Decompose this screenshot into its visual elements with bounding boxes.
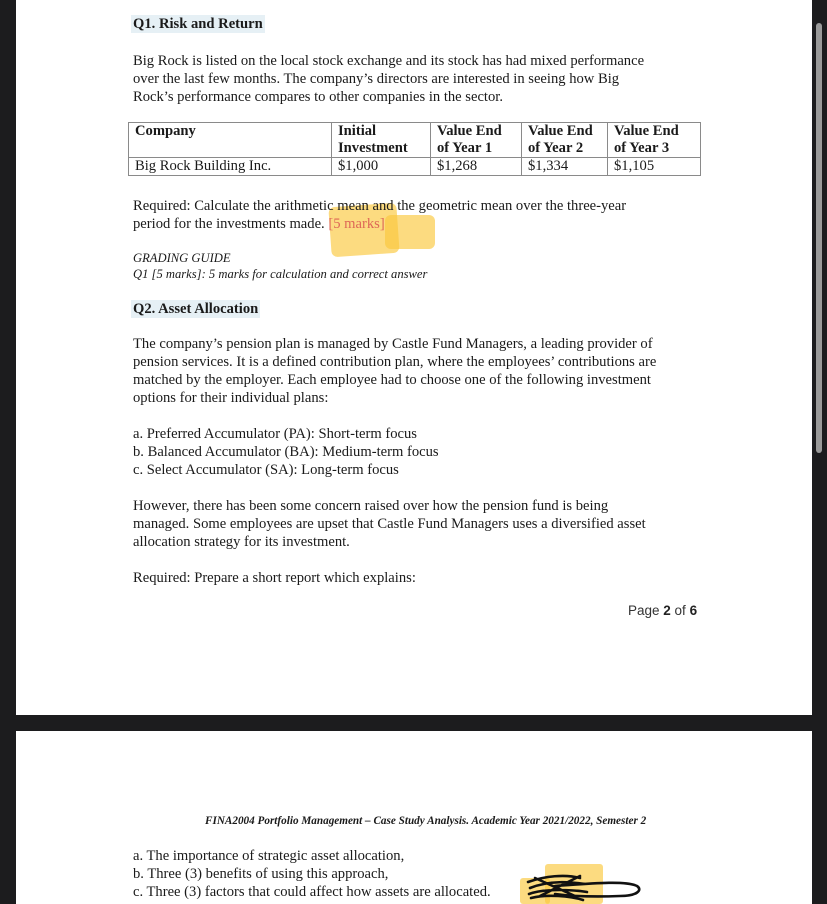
table-row: Big Rock Building Inc. $1,000 $1,268 $1,…	[129, 158, 701, 176]
q2-concern-line: managed. Some employees are upset that C…	[133, 515, 646, 533]
header-initial-investment: InitialInvestment	[332, 123, 431, 158]
q1-intro-line: over the last few months. The company’s …	[133, 70, 644, 88]
q2-intro-line: The company’s pension plan is managed by…	[133, 335, 656, 353]
q2-intro-line: options for their individual plans:	[133, 389, 656, 407]
investment-options-list: a. Preferred Accumulator (PA): Short-ter…	[133, 425, 439, 479]
list-item: b. Three (3) benefits of using this appr…	[133, 865, 491, 883]
grading-guide: GRADING GUIDE Q1 [5 marks]: 5 marks for …	[133, 250, 427, 282]
marks-label: [5 marks]	[328, 216, 384, 232]
q1-intro-line: Big Rock is listed on the local stock ex…	[133, 52, 644, 70]
q1-required-line: Required: Calculate the arithmetic mean …	[133, 197, 626, 215]
page-number: Page 2 of 6	[628, 603, 697, 618]
cell-value-year-1: $1,268	[431, 158, 522, 176]
header-value-year-1: Value Endof Year 1	[431, 123, 522, 158]
header-value-year-3: Value Endof Year 3	[608, 123, 701, 158]
q2-required: Required: Prepare a short report which e…	[133, 569, 416, 587]
q2-concern-line: However, there has been some concern rai…	[133, 497, 646, 515]
list-item: c. Select Accumulator (SA): Long-term fo…	[133, 461, 439, 479]
list-item: a. Preferred Accumulator (PA): Short-ter…	[133, 425, 439, 443]
q2-intro-line: pension services. It is a defined contri…	[133, 353, 656, 371]
header-value-year-2: Value Endof Year 2	[522, 123, 608, 158]
list-item: a. The importance of strategic asset all…	[133, 847, 491, 865]
course-header: FINA2004 Portfolio Management – Case Stu…	[205, 815, 646, 827]
investment-table: Company InitialInvestment Value Endof Ye…	[128, 122, 701, 176]
q1-intro-paragraph: Big Rock is listed on the local stock ex…	[133, 52, 644, 106]
q1-required-line: period for the investments made. [5 mark…	[133, 215, 626, 233]
q2-heading: Q2. Asset Allocation	[131, 300, 260, 318]
scrollbar-thumb[interactable]	[816, 23, 822, 453]
q2-intro-line: matched by the employer. Each employee h…	[133, 371, 656, 389]
report-items-list: a. The importance of strategic asset all…	[133, 847, 491, 901]
cell-value-year-2: $1,334	[522, 158, 608, 176]
list-item: c. Three (3) factors that could affect h…	[133, 883, 491, 901]
grading-guide-text: Q1 [5 marks]: 5 marks for calculation an…	[133, 266, 427, 282]
q1-intro-line: Rock’s performance compares to other com…	[133, 88, 644, 106]
q2-concern-paragraph: However, there has been some concern rai…	[133, 497, 646, 551]
table-header-row: Company InitialInvestment Value Endof Ye…	[129, 123, 701, 158]
cell-value-year-3: $1,105	[608, 158, 701, 176]
list-item: b. Balanced Accumulator (BA): Medium-ter…	[133, 443, 439, 461]
pen-scribble-icon	[525, 868, 645, 904]
grading-guide-title: GRADING GUIDE	[133, 250, 427, 266]
q2-intro-paragraph: The company’s pension plan is managed by…	[133, 335, 656, 407]
cell-initial-investment: $1,000	[332, 158, 431, 176]
q1-required-paragraph: Required: Calculate the arithmetic mean …	[133, 197, 626, 233]
header-company: Company	[129, 123, 332, 158]
q2-concern-line: allocation strategy for its investment.	[133, 533, 646, 551]
cell-company: Big Rock Building Inc.	[129, 158, 332, 176]
q1-heading: Q1. Risk and Return	[131, 15, 265, 33]
